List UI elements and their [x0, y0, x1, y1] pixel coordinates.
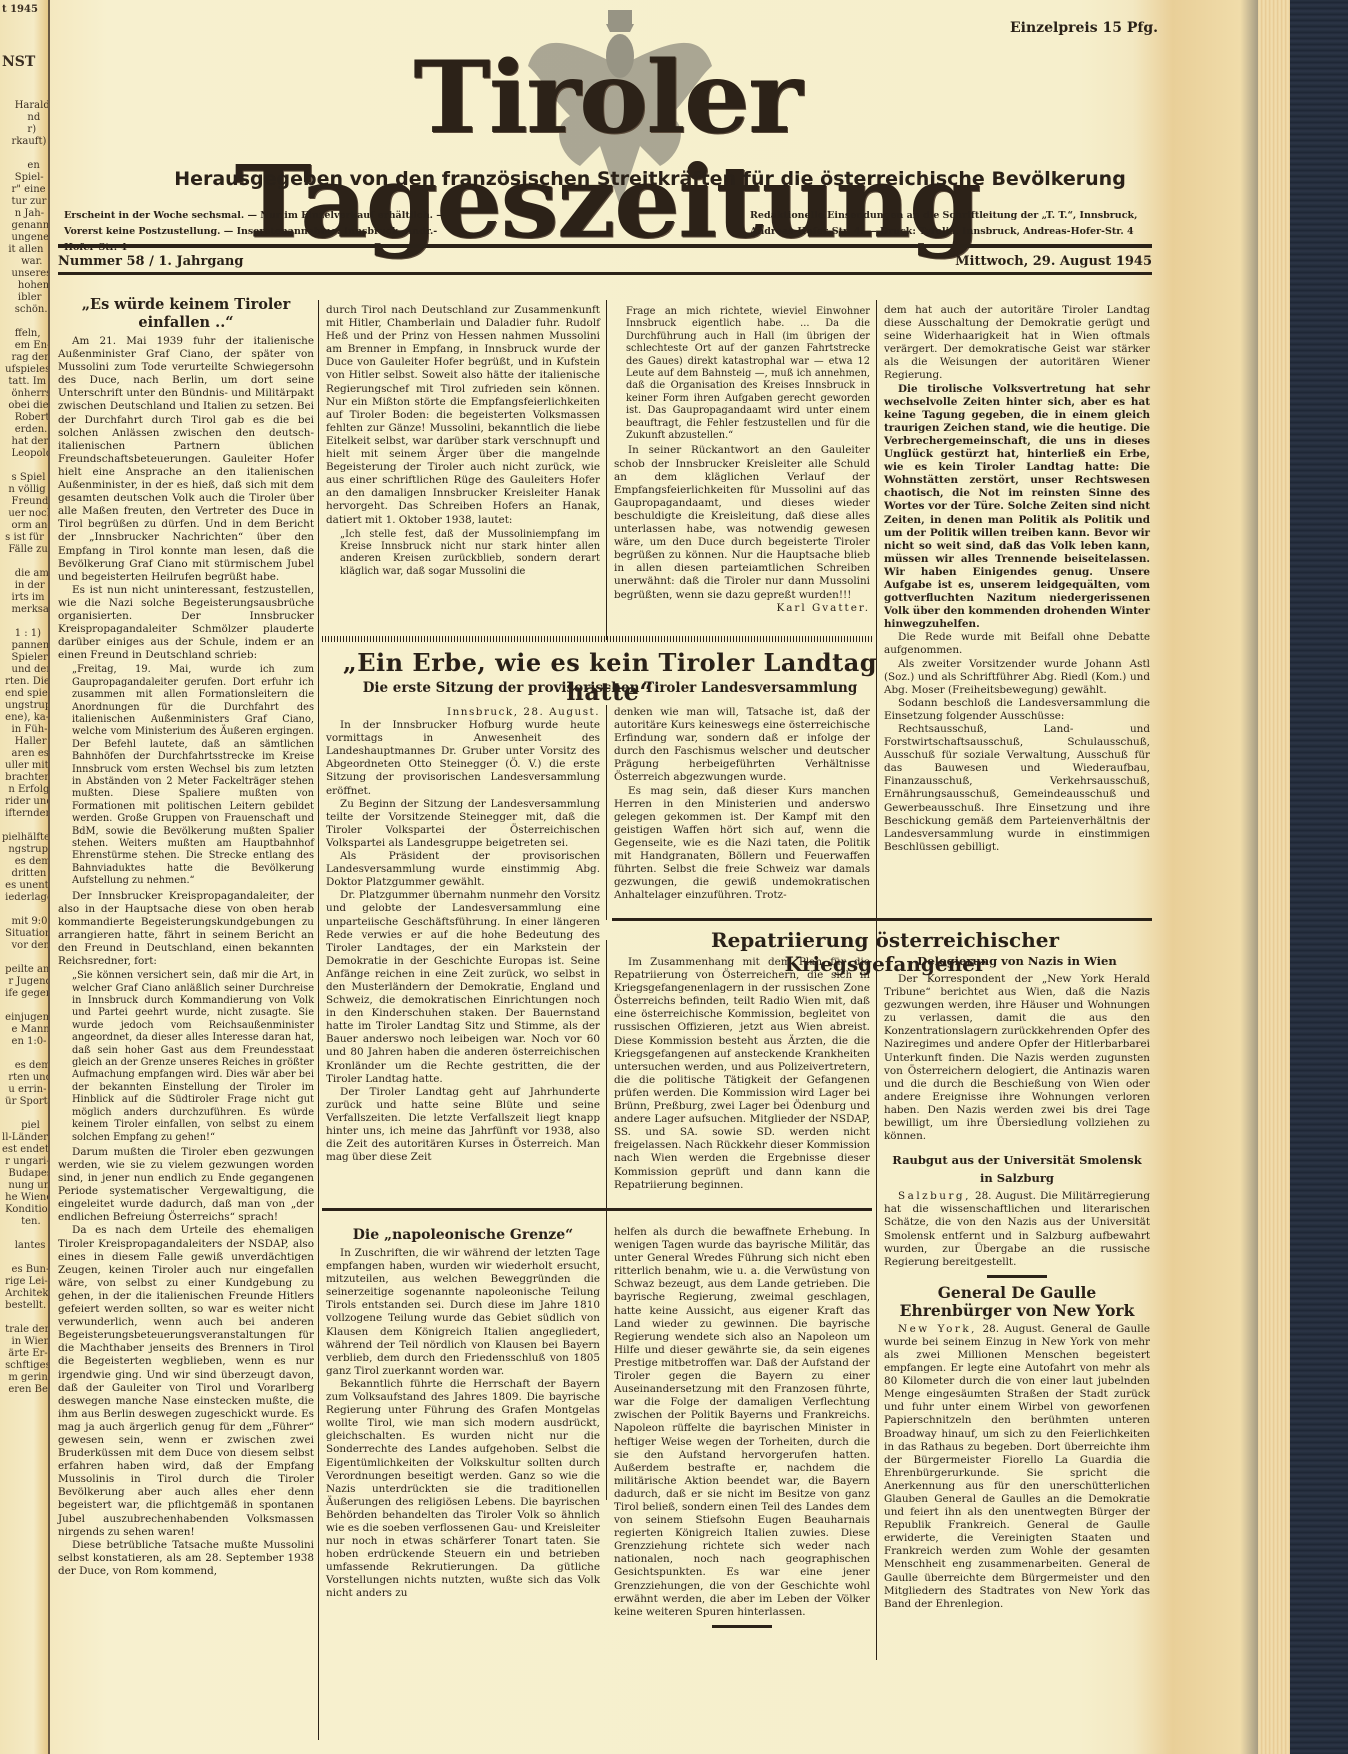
paragraph: Diese betrübliche Tatsache mußte Mussoli…: [58, 1539, 314, 1578]
landtag-headline: „Ein Erbe, wie es kein Tiroler Landtag h…: [330, 648, 890, 706]
paragraph: Der Tiroler Landtag geht auf Jahrhundert…: [326, 1086, 600, 1165]
strip-heading: NST: [2, 56, 35, 68]
dateline: New York,: [898, 1323, 977, 1335]
masthead-rule: [58, 244, 1152, 248]
paragraph: Als zweiter Vorsitzender wurde Johann As…: [884, 658, 1150, 697]
raubgut-headline: Raubgut aus der Universität Smolensk in …: [884, 1151, 1150, 1187]
paragraph: Der Korrespondent der „New York Herald T…: [884, 973, 1150, 1143]
paragraph: Am 21. Mai 1939 fuhr der italienische Au…: [58, 335, 314, 584]
paragraph: Der Innsbrucker Kreispropagandaleiter, d…: [58, 890, 314, 969]
quote: „Sie können versichert sein, daß mir die…: [72, 970, 314, 1144]
landtag-subheadline: Die erste Sitzung der provisorischen Tir…: [330, 680, 890, 696]
separator: [987, 1275, 1047, 1278]
strip-date: t 1945: [2, 4, 38, 16]
dateline: Innsbruck, 28. August.: [326, 706, 600, 719]
paragraph: Zu Beginn der Sitzung der Landesversamml…: [326, 798, 600, 850]
paragraph: helfen als durch die bewaffnete Erhebung…: [614, 1226, 870, 1619]
paragraph: Sodann beschloß die Landesversammlung di…: [884, 697, 1150, 723]
paragraph: Als Präsident der provisorischen Landesv…: [326, 850, 600, 889]
article-napoleon-continued: helfen als durch die bewaffnete Erhebung…: [614, 1226, 870, 1634]
delogierung-headline: Delogierung von Nazis in Wien: [884, 952, 1150, 970]
paragraph: Im Zusammenhang mit dem Plan für die Rep…: [614, 956, 870, 1192]
paragraph: Darum mußten die Tiroler eben gezwungen …: [58, 1146, 314, 1225]
strip-text: Harald nd r) rkauft) en Spiel- r" eine t…: [2, 100, 50, 1396]
article-ciano-end: Frage an mich richtete, wieviel Einwohne…: [614, 304, 870, 615]
column-divider: [318, 300, 319, 1740]
column-divider: [876, 1020, 877, 1660]
article-headline: „Es würde keinem Tiroler einfallen ..“: [58, 296, 314, 332]
article-napoleon: Die „napoleonische Grenze“ In Zuschrifte…: [326, 1226, 600, 1601]
section-rule: [322, 1208, 872, 1211]
column-divider: [606, 300, 607, 640]
dateline: Salzburg,: [898, 1190, 971, 1202]
article-ciano: „Es würde keinem Tiroler einfallen ..“ A…: [58, 296, 314, 1578]
price: Einzelpreis 15 Pfg.: [1010, 20, 1158, 36]
book-binding: [1290, 0, 1348, 1754]
paragraph: Es mag sein, daß dieser Kurs manchen Her…: [614, 785, 870, 903]
article-landtag-continued: dem hat auch der autoritäre Tiroler Land…: [884, 304, 1150, 854]
separator: [712, 1625, 772, 1628]
paragraph: dem hat auch der autoritäre Tiroler Land…: [884, 304, 1150, 383]
article-repatriation: Im Zusammenhang mit dem Plan für die Rep…: [614, 956, 870, 1192]
quote: Frage an mich richtete, wieviel Einwohne…: [626, 306, 870, 442]
publication-info: Erscheint in der Woche sechsmal. — Nur i…: [64, 208, 464, 256]
paragraph: Da es nach dem Urteile des ehemaligen Ti…: [58, 1224, 314, 1538]
quote: „Freitag, 19. Mai, wurde ich zum Gauprop…: [72, 664, 314, 887]
paragraph: Die tirolische Volksvertretung hat sehr …: [884, 383, 1150, 632]
issue-number: Nummer 58 / 1. Jahrgang: [58, 254, 243, 269]
paragraph: Es ist nun nicht uninteressant, festzust…: [58, 584, 314, 663]
degaulle-headline: General De Gaulle Ehrenbürger von New Yo…: [884, 1284, 1150, 1320]
page-edge: [1258, 0, 1290, 1754]
paragraph: durch Tirol nach Deutschland zur Zusamme…: [326, 304, 600, 527]
article-landtag: Innsbruck, 28. August. In der Innsbrucke…: [326, 706, 600, 1164]
section-rule: [612, 918, 1152, 921]
paragraph: Die Rede wurde mit Beifall ohne Debatte …: [884, 631, 1150, 657]
napoleon-headline: Die „napoleonische Grenze“: [326, 1226, 600, 1244]
paragraph: denken wie man will, Tatsache ist, daß d…: [614, 706, 870, 785]
article-delogierung: Delogierung von Nazis in Wien Der Korres…: [884, 952, 1150, 1611]
newspaper-subtitle: Herausgegeben von den französischen Stre…: [150, 168, 1150, 190]
article-landtag-col3: denken wie man will, Tatsache ist, daß d…: [614, 706, 870, 902]
paragraph: 28. August. General de Gaulle wurde bei …: [884, 1323, 1150, 1610]
editorial-info: Redaktionelle Einsendungen an die Schrif…: [750, 208, 1150, 240]
column-divider: [606, 940, 607, 1500]
paragraph: Bekanntlich führte die Herrschaft der Ba…: [326, 1378, 600, 1601]
issue-date: Mittwoch, 29. August 1945: [900, 254, 1152, 269]
author-signature: Karl Gvatter.: [614, 602, 870, 615]
dateline-rule: [58, 272, 1152, 275]
paragraph: In seiner Rückantwort an den Gauleiter s…: [614, 444, 870, 601]
article-ciano-continued: durch Tirol nach Deutschland zur Zusamme…: [326, 304, 600, 580]
paragraph: In Zuschriften, die wir während der letz…: [326, 1247, 600, 1378]
paragraph: Rechtsausschuß, Land- und Forstwirtschaf…: [884, 723, 1150, 854]
paragraph: Dr. Platzgummer übernahm nunmehr den Vor…: [326, 889, 600, 1085]
paragraph: In der Innsbrucker Hofburg wurde heute v…: [326, 719, 600, 798]
quote: „Ich stelle fest, daß der Mussoliniempfa…: [340, 529, 600, 579]
section-rule: [322, 636, 872, 642]
column-divider: [606, 705, 607, 920]
previous-page-strip: t 1945 NST Harald nd r) rkauft) en Spiel…: [0, 0, 50, 1754]
